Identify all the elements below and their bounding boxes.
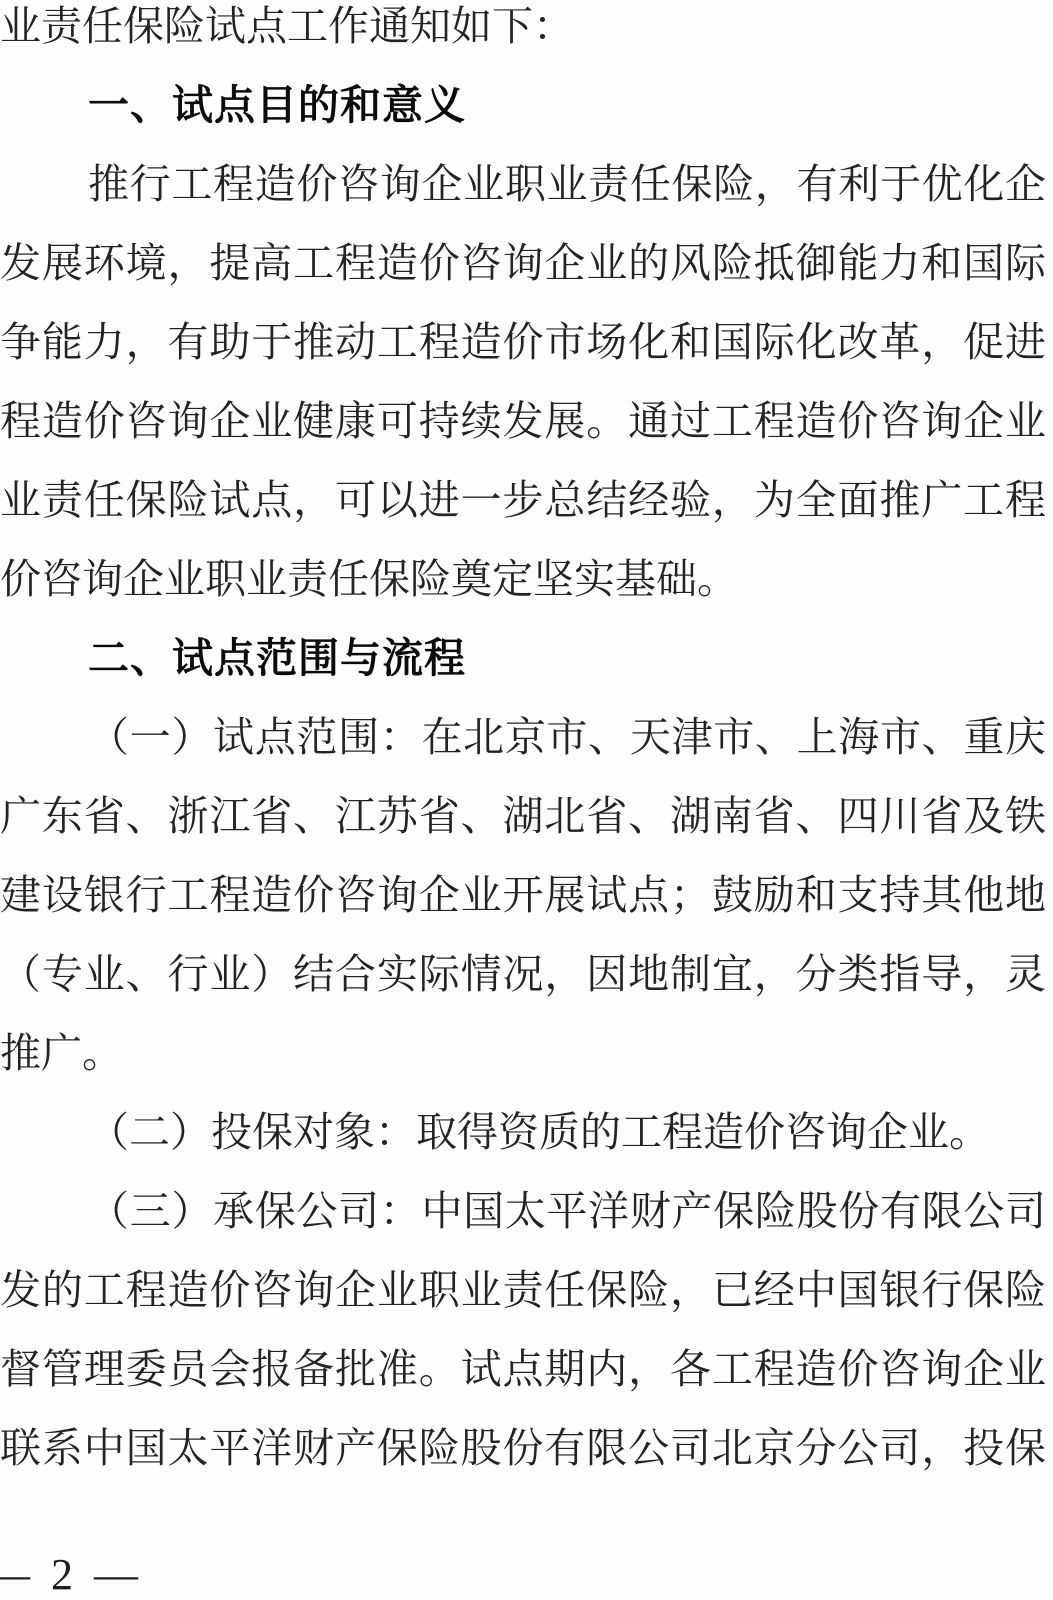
text-line: 程造价咨询企业健康可持续发展。通过工程造价咨询企业职 <box>0 382 1046 461</box>
text-line: 发的工程造价咨询企业职业责任保险，已经中国银行保险监 <box>0 1251 1046 1330</box>
text-line: 联系中国太平洋财产保险股份有限公司北京分公司，投保工 <box>0 1409 1046 1488</box>
document-text-block: 业责任保险试点工作通知如下： 一、试点目的和意义 推行工程造价咨询企业职业责任保… <box>0 0 1046 1488</box>
text-line: 业责任保险试点工作通知如下： <box>0 0 1046 66</box>
text-line: （专业、行业）结合实际情况，因地制宜，分类指导，灵活 <box>0 935 1046 1014</box>
text-line: 督管理委员会报备批准。试点期内，各工程造价咨询企业可 <box>0 1330 1046 1409</box>
text-line: 发展环境，提高工程造价咨询企业的风险抵御能力和国际竞 <box>0 224 1046 303</box>
page-number: — 2 — <box>0 1549 143 1600</box>
text-line: （一）试点范围：在北京市、天津市、上海市、重庆市、 <box>0 698 1046 777</box>
text-line: 广东省、浙江省、江苏省、湖北省、湖南省、四川省及铁路、 <box>0 777 1046 856</box>
text-line: 争能力，有助于推动工程造价市场化和国际化改革，促进工 <box>0 303 1046 382</box>
text-line: 业责任保险试点，可以进一步总结经验，为全面推广工程造 <box>0 461 1046 540</box>
section-heading-2: 二、试点范围与流程 <box>0 619 1046 698</box>
text-line: （三）承保公司：中国太平洋财产保险股份有限公司研 <box>0 1172 1046 1251</box>
text-line: 推广。 <box>0 1014 1046 1093</box>
text-line: 推行工程造价咨询企业职业责任保险，有利于优化企业 <box>0 145 1046 224</box>
text-line: 建设银行工程造价咨询企业开展试点；鼓励和支持其他地区 <box>0 856 1046 935</box>
text-line: 价咨询企业职业责任保险奠定坚实基础。 <box>0 540 1046 619</box>
text-line: （二）投保对象：取得资质的工程造价咨询企业。 <box>0 1093 1046 1172</box>
document-page: 业责任保险试点工作通知如下： 一、试点目的和意义 推行工程造价咨询企业职业责任保… <box>0 0 1053 1600</box>
section-heading-1: 一、试点目的和意义 <box>0 66 1046 145</box>
